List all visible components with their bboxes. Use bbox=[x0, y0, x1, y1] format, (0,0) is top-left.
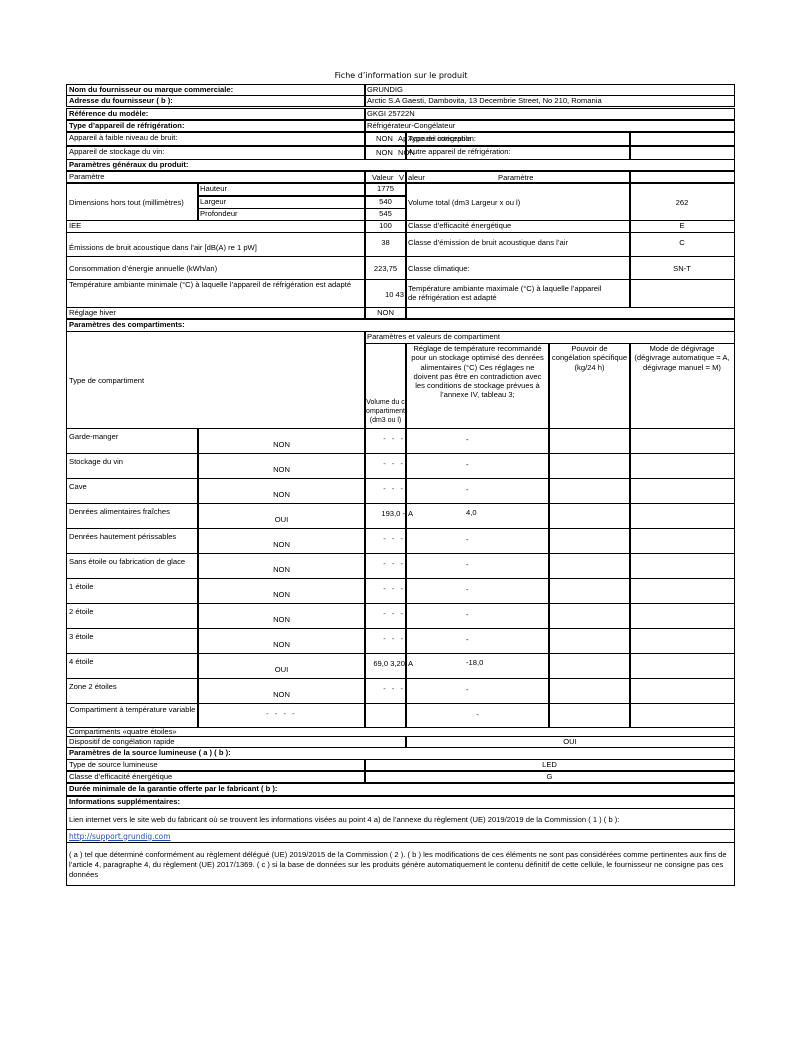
support-link-cell: http://support.grundig.com bbox=[66, 829, 735, 843]
general-header-param2: Paramètre bbox=[498, 173, 533, 182]
winter-setting-empty bbox=[405, 307, 735, 319]
compartment-name: 4 étoile bbox=[66, 653, 199, 679]
compartment-temp: - bbox=[405, 603, 550, 629]
compartment-volume-text: - - - bbox=[383, 559, 405, 568]
appliance-type-value: Réfrigérateur-Congélateur bbox=[364, 120, 735, 132]
variable-compartment-present: - - - - bbox=[197, 703, 366, 728]
compartment-present: NON bbox=[197, 603, 366, 629]
supplier-address-label: Adresse du fournisseur ( b ): bbox=[66, 95, 366, 107]
compartment-volume-text: - - - bbox=[383, 434, 405, 443]
dimensions-label: Dimensions hors tout (millimètres) bbox=[66, 183, 199, 221]
compartment-volume: 69,0 3,20 bbox=[364, 653, 407, 679]
light-class-label: Classe d’efficacité énergétique bbox=[66, 771, 366, 783]
footnote: ( a ) tel que déterminé conformément au … bbox=[66, 842, 735, 886]
compartment-temp: - bbox=[405, 528, 550, 554]
height-label: Hauteur bbox=[197, 183, 366, 196]
compartment-defrost bbox=[629, 578, 735, 604]
variable-compartment-volume bbox=[364, 703, 407, 728]
warranty-label: Durée minimale de la garantie offerte pa… bbox=[66, 783, 735, 796]
compartment-name: Cave bbox=[66, 478, 199, 504]
noise-class-value: C bbox=[629, 232, 735, 257]
compartment-defrost bbox=[629, 503, 735, 529]
compartment-temp-value: - bbox=[466, 635, 469, 644]
compartment-freeze bbox=[548, 503, 631, 529]
compartment-freeze bbox=[548, 628, 631, 654]
compartment-temp-value: - bbox=[466, 585, 469, 594]
compartment-freeze-header: Pouvoir de congélation spécifique (kg/24… bbox=[548, 343, 631, 429]
variable-compartment-freeze bbox=[548, 703, 631, 728]
compartment-defrost-overlap: A bbox=[408, 509, 413, 518]
wine-storage-label: Appareil de stockage du vin: bbox=[66, 146, 366, 160]
compartment-volume: - - - bbox=[364, 528, 407, 554]
compartment-temp: A-18,0 bbox=[405, 653, 550, 679]
compartment-freeze bbox=[548, 578, 631, 604]
compartment-volume-text: - - - bbox=[383, 459, 405, 468]
compartment-volume-text: - - - bbox=[383, 609, 405, 618]
compartment-volume-text: 193,0 - bbox=[381, 509, 405, 518]
model-reference-label: Référence du modèle: bbox=[66, 108, 366, 120]
general-header-value-overlap: V bbox=[399, 173, 404, 182]
general-header-value2-cell: aleur Paramètre bbox=[405, 171, 631, 183]
compartment-temp: - bbox=[405, 553, 550, 579]
compartment-freeze bbox=[548, 603, 631, 629]
variable-compartment-present-text: - - - - bbox=[266, 709, 296, 718]
climate-class-value: SN-T bbox=[629, 256, 735, 280]
compartment-name: 2 étoile bbox=[66, 603, 199, 629]
compartment-defrost bbox=[629, 653, 735, 679]
compartment-type-header: Type de compartiment bbox=[66, 331, 366, 429]
light-type-label: Type de source lumineuse bbox=[66, 759, 366, 771]
total-volume-value: 262 bbox=[629, 183, 735, 221]
noise-value: 38 bbox=[364, 232, 407, 257]
compartment-present: OUI bbox=[197, 653, 366, 679]
compartment-present: NON bbox=[197, 628, 366, 654]
low-noise-label: Appareil à faible niveau de bruit: bbox=[66, 132, 366, 146]
compartment-volume: - - - bbox=[364, 428, 407, 454]
compartment-freeze bbox=[548, 478, 631, 504]
compartment-present: NON bbox=[197, 478, 366, 504]
compartment-freeze bbox=[548, 653, 631, 679]
compartment-temp-header: Réglage de température recommandé pour u… bbox=[405, 343, 550, 429]
manufacturer-link-intro: Lien internet vers le site web du fabric… bbox=[66, 808, 735, 830]
compartment-temp: - bbox=[405, 678, 550, 704]
compartment-temp: - bbox=[405, 453, 550, 479]
min-temp-value: 10 43 bbox=[364, 279, 407, 308]
winter-setting-value: NON bbox=[364, 307, 407, 319]
design-type-cell: Type de conception: Appareil intégrable bbox=[405, 132, 631, 146]
compartment-defrost bbox=[629, 628, 735, 654]
compartment-volume-text: 69,0 3,20 bbox=[373, 659, 405, 668]
compartment-defrost bbox=[629, 553, 735, 579]
compartment-volume-text: - - - bbox=[383, 484, 405, 493]
compartment-name: Zone 2 étoiles bbox=[66, 678, 199, 704]
compartment-freeze bbox=[548, 453, 631, 479]
compartment-volume: - - - bbox=[364, 478, 407, 504]
compartment-present: NON bbox=[197, 428, 366, 454]
support-link[interactable]: http://support.grundig.com bbox=[69, 832, 171, 841]
compartment-present: NON bbox=[197, 678, 366, 704]
other-appliance-label: Autre appareil de réfrigération: bbox=[405, 146, 631, 160]
general-header-param: Paramètre bbox=[66, 171, 366, 183]
low-noise-value: NON bbox=[376, 134, 393, 143]
wine-storage-cell: NON NON bbox=[364, 146, 407, 160]
compartment-temp-value: - bbox=[466, 560, 469, 569]
compartment-defrost bbox=[629, 678, 735, 704]
compartment-volume-text: - - - bbox=[383, 634, 405, 643]
general-header-value2: aleur bbox=[408, 173, 425, 182]
design-type-value bbox=[629, 132, 735, 146]
compartment-freeze bbox=[548, 528, 631, 554]
compartment-freeze bbox=[548, 553, 631, 579]
variable-compartment-label: Compartiment à température variable bbox=[66, 703, 199, 728]
compartment-temp: - bbox=[405, 578, 550, 604]
compartment-volume-text: - - - bbox=[383, 684, 405, 693]
compartment-name: Denrées hautement périssables bbox=[66, 528, 199, 554]
compartment-freeze bbox=[548, 428, 631, 454]
consumption-value: 223,75 bbox=[364, 256, 407, 280]
winter-setting-label: Réglage hiver bbox=[66, 307, 366, 319]
compartment-present: NON bbox=[197, 528, 366, 554]
low-noise-cell: NON Ap bbox=[364, 132, 407, 146]
compartment-defrost bbox=[629, 603, 735, 629]
compartment-volume: - - - bbox=[364, 578, 407, 604]
compartment-temp-value: - bbox=[466, 685, 469, 694]
other-appliance-value bbox=[629, 146, 735, 160]
wine-storage-value: NON bbox=[376, 148, 393, 157]
design-type-overlap: Appareil intégrable bbox=[408, 134, 471, 143]
min-temp-label: Température ambiante minimale (°C) à laq… bbox=[66, 279, 366, 308]
compartment-volume-text: - - - bbox=[383, 584, 405, 593]
appliance-type-label: Type d’appareil de réfrigération: bbox=[66, 120, 366, 132]
compartment-volume-text: - - - bbox=[383, 534, 405, 543]
compartment-volume: - - - bbox=[364, 678, 407, 704]
compartment-volume-header: Volume du compartiment (dm3 ou l) bbox=[364, 343, 407, 429]
height-value: 1775 bbox=[364, 183, 407, 196]
compartment-present: NON bbox=[197, 453, 366, 479]
compartment-name: 3 étoile bbox=[66, 628, 199, 654]
variable-compartment-defrost bbox=[629, 703, 735, 728]
compartment-name: Garde-manger bbox=[66, 428, 199, 454]
compartment-volume: - - - bbox=[364, 603, 407, 629]
max-temp-value bbox=[629, 279, 735, 308]
compartment-defrost bbox=[629, 528, 735, 554]
compartment-temp: - bbox=[405, 478, 550, 504]
compartment-present: NON bbox=[197, 578, 366, 604]
climate-class-label: Classe climatique: bbox=[405, 256, 631, 280]
compartment-volume: - - - bbox=[364, 453, 407, 479]
compartment-temp-value: 4,0 bbox=[466, 508, 477, 517]
compartment-temp: - bbox=[405, 428, 550, 454]
general-params-section: Paramètres généraux du produit: bbox=[66, 159, 735, 171]
consumption-label: Consommation d’énergie annuelle (kWh/an) bbox=[66, 256, 366, 280]
compartment-name: Stockage du vin bbox=[66, 453, 199, 479]
compartment-defrost-header: Mode de dégivrage (dégivrage automatique… bbox=[629, 343, 735, 429]
compartment-temp-value: - bbox=[466, 610, 469, 619]
compartment-freeze bbox=[548, 678, 631, 704]
compartment-defrost bbox=[629, 428, 735, 454]
supplier-address-value: Arctic S.A Gaesti, Dambovita, 13 Decembr… bbox=[364, 95, 735, 107]
light-type-value: LED bbox=[364, 759, 735, 771]
noise-class-label: Classe d’émission de bruit acoustique da… bbox=[405, 232, 631, 257]
compartment-defrost bbox=[629, 478, 735, 504]
max-temp-label: Température ambiante maximale (°C) à laq… bbox=[405, 279, 631, 308]
compartment-volume: 193,0 - bbox=[364, 503, 407, 529]
compartment-name: Denrées alimentaires fraîches bbox=[66, 503, 199, 529]
model-reference-value: GKGI 25722N bbox=[364, 108, 735, 120]
compartment-defrost bbox=[629, 453, 735, 479]
compartment-defrost-overlap: A bbox=[408, 659, 413, 668]
total-volume-label: Volume total (dm3 Largeur x ou l) bbox=[405, 183, 631, 221]
compartment-temp-value: - bbox=[466, 535, 469, 544]
compartment-present: OUI bbox=[197, 503, 366, 529]
compartment-temp: A4,0 bbox=[405, 503, 550, 529]
general-header-empty bbox=[629, 171, 735, 183]
compartment-name: Sans étoile ou fabrication de glace bbox=[66, 553, 199, 579]
compartment-volume: - - - bbox=[364, 553, 407, 579]
compartment-temp-value: -18,0 bbox=[466, 658, 483, 667]
general-header-value: Valeur bbox=[372, 173, 393, 182]
document-title: Fiche d’information sur le produit bbox=[0, 71, 802, 80]
compartment-volume: - - - bbox=[364, 628, 407, 654]
compartment-temp: - bbox=[405, 628, 550, 654]
variable-compartment-temp: - bbox=[405, 703, 550, 728]
compartment-present: NON bbox=[197, 553, 366, 579]
general-header-value-cell: Valeur V bbox=[364, 171, 407, 183]
compartment-temp-value: - bbox=[466, 460, 469, 469]
compartment-temp-value: - bbox=[466, 435, 469, 444]
compartment-temp-value: - bbox=[466, 485, 469, 494]
noise-label: Émissions de bruit acoustique dans l’air… bbox=[66, 232, 366, 257]
light-class-value: G bbox=[364, 771, 735, 783]
compartment-name: 1 étoile bbox=[66, 578, 199, 604]
